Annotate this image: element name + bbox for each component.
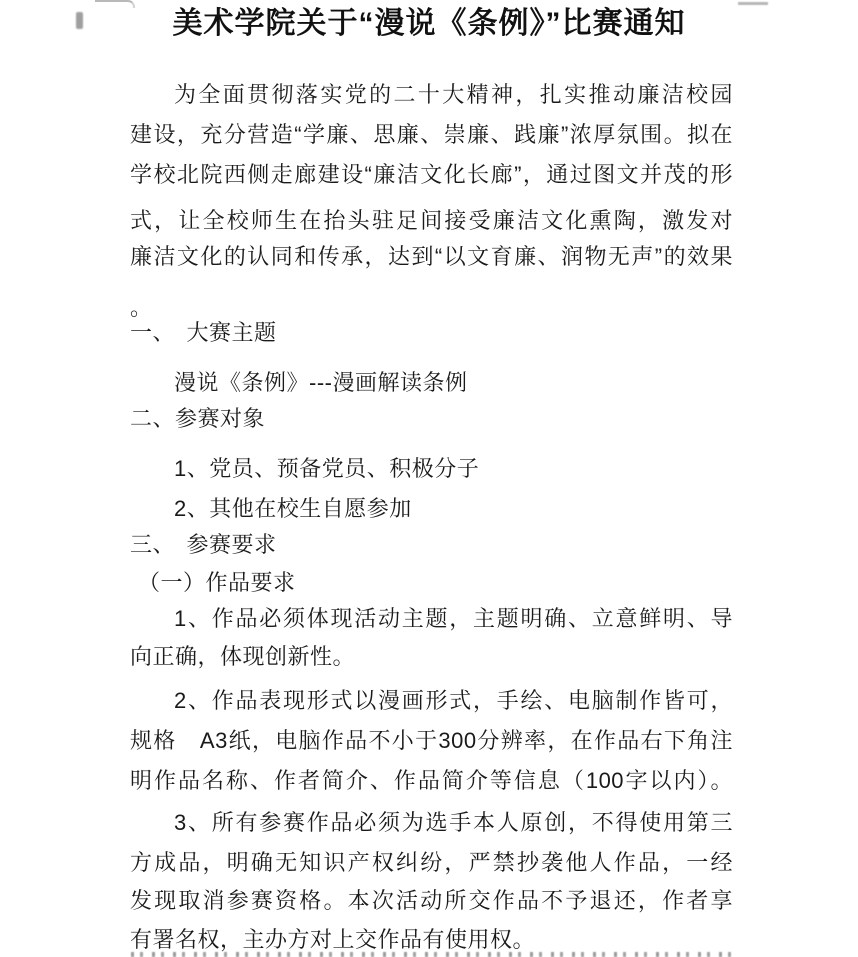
section3-heading: 三、 参赛要求 <box>130 530 733 560</box>
cutoff-text-line-artifact <box>131 952 731 957</box>
intro-line: 建设，充分营造“学廉、思廉、崇廉、践廉”浓厚氛围。拟在 <box>130 120 733 150</box>
intro-line: 学校北院西侧走廊建设“廉洁文化长廊”，通过图文并茂的形 <box>130 160 733 190</box>
document-title: 美术学院关于“漫说《条例》”比赛通知 <box>0 4 858 44</box>
section2-item: 2、其他在校生自愿参加 <box>130 494 733 524</box>
requirement-line: 方成品，明确无知识产权纠纷，严禁抄袭他人作品，一经 <box>130 848 733 878</box>
section1-theme: 漫说《条例》---漫画解读条例 <box>130 368 733 398</box>
intro-line: 式，让全校师生在抬头驻足间接受廉洁文化熏陶，激发对 <box>130 206 733 236</box>
section2-item: 1、党员、预备党员、积极分子 <box>130 454 733 484</box>
requirement-line: 发现取消参赛资格。本次活动所交作品不予退还，作者享 <box>130 886 733 916</box>
section2-heading: 二、参赛对象 <box>130 404 733 434</box>
intro-line: 廉洁文化的认同和传承，达到“以文育廉、润物无声”的效果 <box>130 242 733 272</box>
requirement-line: 2、作品表现形式以漫画形式，手绘、电脑制作皆可， <box>130 686 733 716</box>
requirement-line: 明作品名称、作者简介、作品简介等信息（100字以内）。 <box>130 766 733 796</box>
requirement-line: 向正确，体现创新性。 <box>130 642 733 672</box>
section3-sub1-heading: （一）作品要求 <box>130 568 733 598</box>
document-page: 美术学院关于“漫说《条例》”比赛通知 为全面贯彻落实党的二十大精神，扎实推动廉洁… <box>0 0 858 957</box>
intro-line: 为全面贯彻落实党的二十大精神，扎实推动廉洁校园 <box>130 80 733 110</box>
requirement-line: 规格 A3纸，电脑作品不小于300分辨率，在作品右下角注 <box>130 726 733 756</box>
requirement-line: 1、作品必须体现活动主题，主题明确、立意鲜明、导 <box>130 604 733 634</box>
requirement-line: 3、所有参赛作品必须为选手本人原创，不得使用第三 <box>130 808 733 838</box>
section1-heading: 一、 大赛主题 <box>130 318 733 348</box>
requirement-line: 有署名权，主办方对上交作品有使用权。 <box>130 925 733 955</box>
